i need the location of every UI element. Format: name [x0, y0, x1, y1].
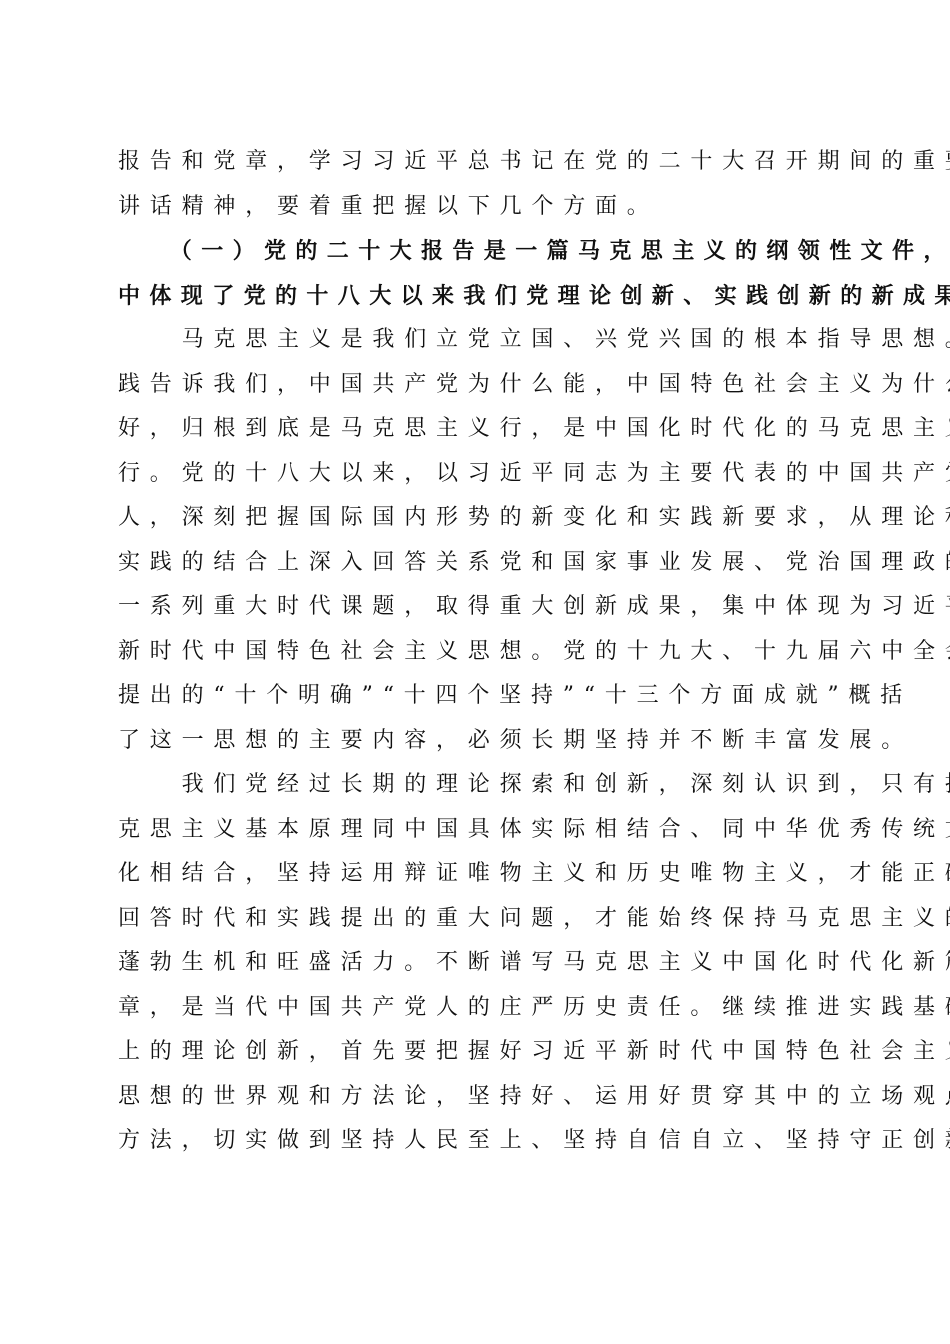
text-line: 讲话精神，要着重把握以下几个方面。 [118, 190, 838, 235]
text-line: 克思主义基本原理同中国具体实际相结合、同中华优秀传统文 [118, 813, 838, 858]
text-line: 上的理论创新，首先要把握好习近平新时代中国特色社会主义 [118, 1035, 838, 1080]
text-line: 我们党经过长期的理论探索和创新，深刻认识到，只有把马 [118, 768, 838, 813]
text-line: 提出的“十个明确”“十四个坚持”“十三个方面成就”概括 [118, 679, 838, 724]
section-heading-1: （一）党的二十大报告是一篇马克思主义的纲领性文件，集 中体现了党的十八大以来我们… [118, 234, 838, 323]
text-line: 蓬勃生机和旺盛活力。不断谱写马克思主义中国化时代化新篇 [118, 946, 838, 991]
paragraph-marxism: 马克思主义是我们立党立国、兴党兴国的根本指导思想。实 践告诉我们，中国共产党为什… [118, 323, 838, 768]
text-line: 回答时代和实践提出的重大问题，才能始终保持马克思主义的 [118, 902, 838, 947]
text-line: 报告和党章，学习习近平总书记在党的二十大召开期间的重要 [118, 145, 838, 190]
text-line: 践告诉我们，中国共产党为什么能，中国特色社会主义为什么 [118, 368, 838, 413]
heading-line: 中体现了党的十八大以来我们党理论创新、实践创新的新成果 [118, 279, 838, 324]
document-page: 报告和党章，学习习近平总书记在党的二十大召开期间的重要 讲话精神，要着重把握以下… [0, 0, 950, 1344]
text-line: 好，归根到底是马克思主义行，是中国化时代化的马克思主义 [118, 412, 838, 457]
text-line: 新时代中国特色社会主义思想。党的十九大、十九届六中全会 [118, 635, 838, 680]
document-body: 报告和党章，学习习近平总书记在党的二十大召开期间的重要 讲话精神，要着重把握以下… [118, 145, 838, 1169]
text-line: 章，是当代中国共产党人的庄严历史责任。继续推进实践基础 [118, 991, 838, 1036]
text-line: 方法，切实做到坚持人民至上、坚持自信自立、坚持守正创新、 [118, 1124, 838, 1169]
text-line: 化相结合，坚持运用辩证唯物主义和历史唯物主义，才能正确 [118, 857, 838, 902]
text-line: 行。党的十八大以来，以习近平同志为主要代表的中国共产党 [118, 457, 838, 502]
text-line: 人，深刻把握国际国内形势的新变化和实践新要求，从理论和 [118, 501, 838, 546]
text-line: 实践的结合上深入回答关系党和国家事业发展、党治国理政的 [118, 546, 838, 591]
text-line: 马克思主义是我们立党立国、兴党兴国的根本指导思想。实 [118, 323, 838, 368]
text-line: 了这一思想的主要内容，必须长期坚持并不断丰富发展。 [118, 724, 838, 769]
text-line: 一系列重大时代课题，取得重大创新成果，集中体现为习近平 [118, 590, 838, 635]
heading-line: （一）党的二十大报告是一篇马克思主义的纲领性文件，集 [118, 234, 838, 279]
paragraph-theory-innovation: 我们党经过长期的理论探索和创新，深刻认识到，只有把马 克思主义基本原理同中国具体… [118, 768, 838, 1169]
text-line: 思想的世界观和方法论，坚持好、运用好贯穿其中的立场观点 [118, 1080, 838, 1125]
paragraph-intro-continuation: 报告和党章，学习习近平总书记在党的二十大召开期间的重要 讲话精神，要着重把握以下… [118, 145, 838, 234]
